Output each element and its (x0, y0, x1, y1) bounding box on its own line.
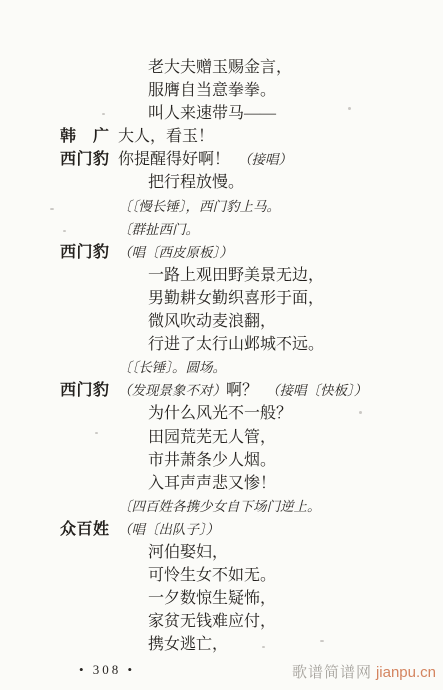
scan-speck (252, 577, 256, 579)
verse-line: 家贫无钱难应付， (0, 610, 443, 633)
watermark: 歌谱简谱网jianpu.cn (292, 661, 436, 682)
scan-speck (320, 640, 324, 642)
scan-speck (262, 646, 265, 648)
speaker-name: 众百姓 (60, 518, 118, 541)
dialogue-text: 大人，看玉！ (118, 125, 214, 148)
verse-line: 老大夫赠玉赐金言， (0, 56, 443, 79)
speaker-name: 西门豹 (60, 241, 118, 264)
scan-speck (50, 208, 54, 210)
scan-speck (95, 432, 98, 434)
speaker-line: 众百姓 （唱〔出队子〕） (0, 518, 443, 541)
verse-line: 可怜生女不如无。 (0, 564, 443, 587)
speaker-name: 韩 广 (60, 125, 118, 148)
verse-line: 市井萧条少人烟。 (0, 449, 443, 472)
speaker-line: 韩 广 大人，看玉！ (0, 125, 443, 148)
verse-line: 行进了太行山邺城不远。 (0, 333, 443, 356)
stage-direction: 〔〔慢长锤〕，西门豹上马。 (0, 195, 443, 218)
verse-line: 河伯娶妇， (0, 541, 443, 564)
inline-stage-direction: （接唱〔快板〕） (266, 379, 367, 402)
verse-line: 服膺自当意拳拳。 (0, 79, 443, 102)
scan-speck (359, 411, 362, 414)
speaker-line: 西门豹 （唱〔西皮原板〕） (0, 241, 443, 264)
page-number: • 308 • (79, 662, 135, 678)
inline-stage-direction: （唱〔西皮原板〕） (118, 241, 233, 264)
verse-line: 叫人来速带马—— (0, 102, 443, 125)
dialogue-text: 啊？ (226, 379, 258, 402)
dialogue-text: 你提醒得好啊！ (118, 148, 230, 171)
stage-direction: 〔四百姓各携少女自下场门逆上。 (0, 495, 443, 518)
speaker-name: 西门豹 (60, 148, 118, 171)
speaker-line: 西门豹 你提醒得好啊！ （接唱） (0, 148, 443, 171)
inline-stage-direction: （发现景象不对） (118, 379, 226, 402)
scan-speck (63, 230, 66, 232)
verse-line: 田园荒芜无人管， (0, 426, 443, 449)
verse-line: 为什么风光不一般？ (0, 402, 443, 425)
script-text-block: 老大夫赠玉赐金言， 服膺自当意拳拳。 叫人来速带马—— 韩 广 大人，看玉！ 西… (0, 56, 443, 656)
inline-stage-direction: （唱〔出队子〕） (118, 518, 219, 541)
verse-line: 一夕数惊生疑怖， (0, 587, 443, 610)
scan-speck (348, 107, 351, 110)
scan-speck (102, 113, 105, 115)
speaker-line: 西门豹 （发现景象不对） 啊？ （接唱〔快板〕） (0, 379, 443, 402)
verse-line: 入耳声声悲又惨！ (0, 472, 443, 495)
stage-direction: 〔〔长锤〕。圆场。 (0, 356, 443, 379)
verse-line: 一路上观田野美景无边， (0, 264, 443, 287)
speaker-name: 西门豹 (60, 379, 118, 402)
watermark-site-name: 歌谱简谱网 (292, 664, 372, 681)
verse-line: 携女逃亡， (0, 633, 443, 656)
verse-line: 男勤耕女勤织喜形于面， (0, 287, 443, 310)
inline-stage-direction: （接唱） (238, 148, 292, 171)
watermark-domain: jianpu.cn (376, 664, 436, 681)
verse-line: 把行程放慢。 (0, 171, 443, 194)
verse-line: 微风吹动麦浪翻， (0, 310, 443, 333)
scanned-script-page: 老大夫赠玉赐金言， 服膺自当意拳拳。 叫人来速带马—— 韩 广 大人，看玉！ 西… (0, 0, 443, 690)
stage-direction: 〔群扯西门。 (0, 218, 443, 241)
